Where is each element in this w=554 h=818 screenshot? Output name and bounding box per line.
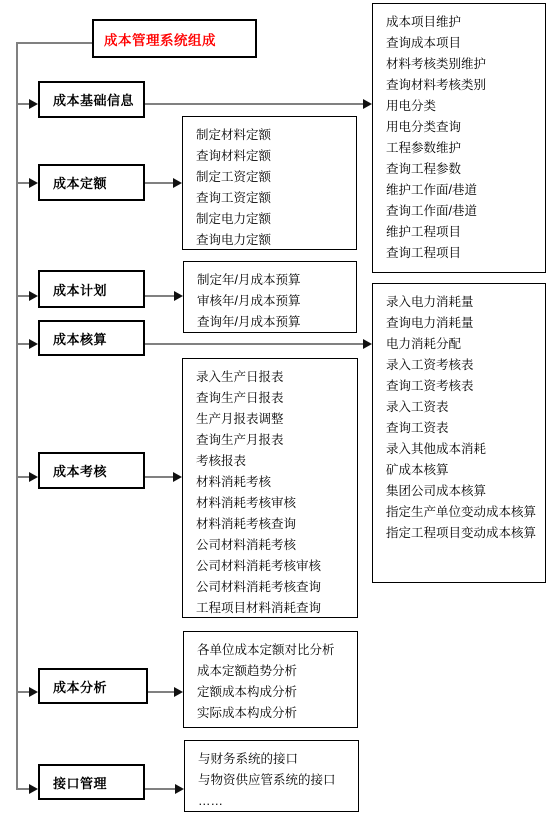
arrowhead-out-cost-assessment-icon — [173, 472, 182, 482]
list-item: 定额成本构成分析 — [197, 682, 353, 703]
node-cost-basic-info: 成本基础信息 — [38, 81, 145, 118]
list-item: 维护工程项目 — [386, 222, 541, 243]
list-item: 成本定额趋势分析 — [197, 661, 353, 682]
list-item: 查询生产日报表 — [196, 388, 353, 409]
node-interface-management: 接口管理 — [38, 764, 145, 800]
node-cost-plan-label: 成本计划 — [53, 280, 107, 299]
list-item: 查询工资考核表 — [386, 376, 541, 397]
arrowhead-out-cost-accounting-icon — [363, 339, 372, 349]
out-line-cost-plan — [145, 295, 174, 297]
node-cost-assessment-label: 成本考核 — [53, 461, 107, 480]
node-cost-quota-label: 成本定额 — [53, 173, 107, 192]
node-cost-accounting-label: 成本核算 — [53, 329, 107, 348]
connector-title-line — [16, 42, 92, 44]
list-item: 查询工作面/巷道 — [386, 201, 541, 222]
node-cost-basic-info-label: 成本基础信息 — [53, 90, 134, 109]
branch-line-cost-basic-info — [16, 103, 29, 105]
list-item: 录入工资表 — [386, 397, 541, 418]
diagram-canvas: 成本管理系统组成 成本基础信息 成本定额 成本计划 成本核算 成本考核 成本分析… — [0, 0, 554, 818]
list-item: 集团公司成本核算 — [386, 481, 541, 502]
list-item: 用电分类 — [386, 96, 541, 117]
list-item: 制定年/月成本预算 — [197, 270, 352, 291]
branch-line-cost-analysis — [16, 691, 29, 693]
list-item: 查询年/月成本预算 — [197, 312, 352, 333]
out-line-cost-analysis — [148, 691, 174, 693]
list-item: 制定材料定额 — [196, 125, 352, 146]
list-item: 录入生产日报表 — [196, 367, 353, 388]
branch-line-cost-accounting — [16, 343, 29, 345]
list-cost-assessment: 录入生产日报表查询生产日报表生产月报表调整查询生产月报表考核报表材料消耗考核材料… — [182, 358, 358, 618]
diagram-title: 成本管理系统组成 — [104, 29, 216, 49]
list-item: 用电分类查询 — [386, 117, 541, 138]
node-cost-analysis: 成本分析 — [38, 668, 148, 704]
node-cost-accounting: 成本核算 — [38, 320, 145, 356]
out-line-cost-assessment — [145, 476, 173, 478]
arrowhead-branch-cost-analysis-icon — [29, 687, 38, 697]
branch-line-cost-plan — [16, 295, 29, 297]
list-item: 工程参数维护 — [386, 138, 541, 159]
connector-trunk-line — [16, 42, 18, 790]
list-item: 各单位成本定额对比分析 — [197, 640, 353, 661]
arrowhead-out-cost-quota-icon — [173, 178, 182, 188]
node-interface-management-label: 接口管理 — [53, 773, 107, 792]
list-item: 录入工资考核表 — [386, 355, 541, 376]
out-line-cost-quota — [145, 182, 173, 184]
list-item: 生产月报表调整 — [196, 409, 353, 430]
list-item: 查询成本项目 — [386, 33, 541, 54]
list-item: 材料消耗考核 — [196, 472, 353, 493]
arrowhead-branch-cost-plan-icon — [29, 291, 38, 301]
list-cost-plan: 制定年/月成本预算审核年/月成本预算查询年/月成本预算 — [183, 261, 357, 333]
list-item: 工程项目材料消耗查询 — [196, 598, 353, 618]
list-item: 材料消耗考核查询 — [196, 514, 353, 535]
list-item: 与财务系统的接口 — [198, 749, 354, 770]
list-item: 审核年/月成本预算 — [197, 291, 352, 312]
list-item: 查询材料定额 — [196, 146, 352, 167]
arrowhead-branch-cost-assessment-icon — [29, 472, 38, 482]
arrowhead-out-cost-analysis-icon — [174, 687, 183, 697]
arrowhead-branch-interface-management-icon — [29, 784, 38, 794]
list-item: 公司材料消耗考核 — [196, 535, 353, 556]
arrowhead-out-interface-management-icon — [175, 784, 184, 794]
branch-line-interface-management — [16, 788, 29, 790]
list-item: 制定工资定额 — [196, 167, 352, 188]
node-cost-quota: 成本定额 — [38, 164, 145, 201]
list-item: 维护工作面/巷道 — [386, 180, 541, 201]
list-item: 查询工程参数 — [386, 159, 541, 180]
list-item: 与物资供应管系统的接口 — [198, 770, 354, 791]
arrowhead-branch-cost-accounting-icon — [29, 339, 38, 349]
list-cost-basic-info: 成本项目维护查询成本项目材料考核类别维护查询材料考核类别用电分类用电分类查询工程… — [372, 3, 546, 273]
list-item: 公司材料消耗考核查询 — [196, 577, 353, 598]
list-item: 制定电力定额 — [196, 209, 352, 230]
arrowhead-out-cost-plan-icon — [174, 291, 183, 301]
list-item: 录入电力消耗量 — [386, 292, 541, 313]
node-cost-assessment: 成本考核 — [38, 452, 145, 489]
branch-line-cost-assessment — [16, 476, 29, 478]
list-cost-analysis: 各单位成本定额对比分析成本定额趋势分析定额成本构成分析实际成本构成分析 — [183, 631, 358, 728]
out-line-interface-management — [145, 788, 175, 790]
list-item: 查询电力消耗量 — [386, 313, 541, 334]
list-item: 查询生产月报表 — [196, 430, 353, 451]
list-item: 考核报表 — [196, 451, 353, 472]
list-item: 查询材料考核类别 — [386, 75, 541, 96]
list-item: 公司材料消耗考核审核 — [196, 556, 353, 577]
list-item: 查询工程项目 — [386, 243, 541, 264]
arrowhead-branch-cost-quota-icon — [29, 178, 38, 188]
list-item: 录入其他成本消耗 — [386, 439, 541, 460]
list-item: 指定工程项目变动成本核算 — [386, 523, 541, 544]
list-item: 指定生产单位变动成本核算 — [386, 502, 541, 523]
list-cost-quota: 制定材料定额查询材料定额制定工资定额查询工资定额制定电力定额查询电力定额 — [182, 116, 357, 250]
list-item: 实际成本构成分析 — [197, 703, 353, 724]
list-item: 电力消耗分配 — [386, 334, 541, 355]
title-box: 成本管理系统组成 — [92, 19, 257, 58]
branch-line-cost-quota — [16, 182, 29, 184]
list-item: 查询工资定额 — [196, 188, 352, 209]
list-item: 成本项目维护 — [386, 12, 541, 33]
list-interface-management: 与财务系统的接口与物资供应管系统的接口…… — [184, 740, 359, 812]
arrowhead-branch-cost-basic-info-icon — [29, 99, 38, 109]
node-cost-plan: 成本计划 — [38, 270, 145, 308]
node-cost-analysis-label: 成本分析 — [53, 677, 107, 696]
list-item: 矿成本核算 — [386, 460, 541, 481]
list-item: 查询电力定额 — [196, 230, 352, 250]
arrowhead-out-cost-basic-info-icon — [363, 99, 372, 109]
out-line-cost-basic-info — [145, 103, 363, 105]
list-item: …… — [198, 791, 354, 812]
list-item: 材料考核类别维护 — [386, 54, 541, 75]
list-cost-accounting: 录入电力消耗量查询电力消耗量电力消耗分配录入工资考核表查询工资考核表录入工资表查… — [372, 283, 546, 583]
list-item: 材料消耗考核审核 — [196, 493, 353, 514]
out-line-cost-accounting — [145, 343, 363, 345]
list-item: 查询工资表 — [386, 418, 541, 439]
